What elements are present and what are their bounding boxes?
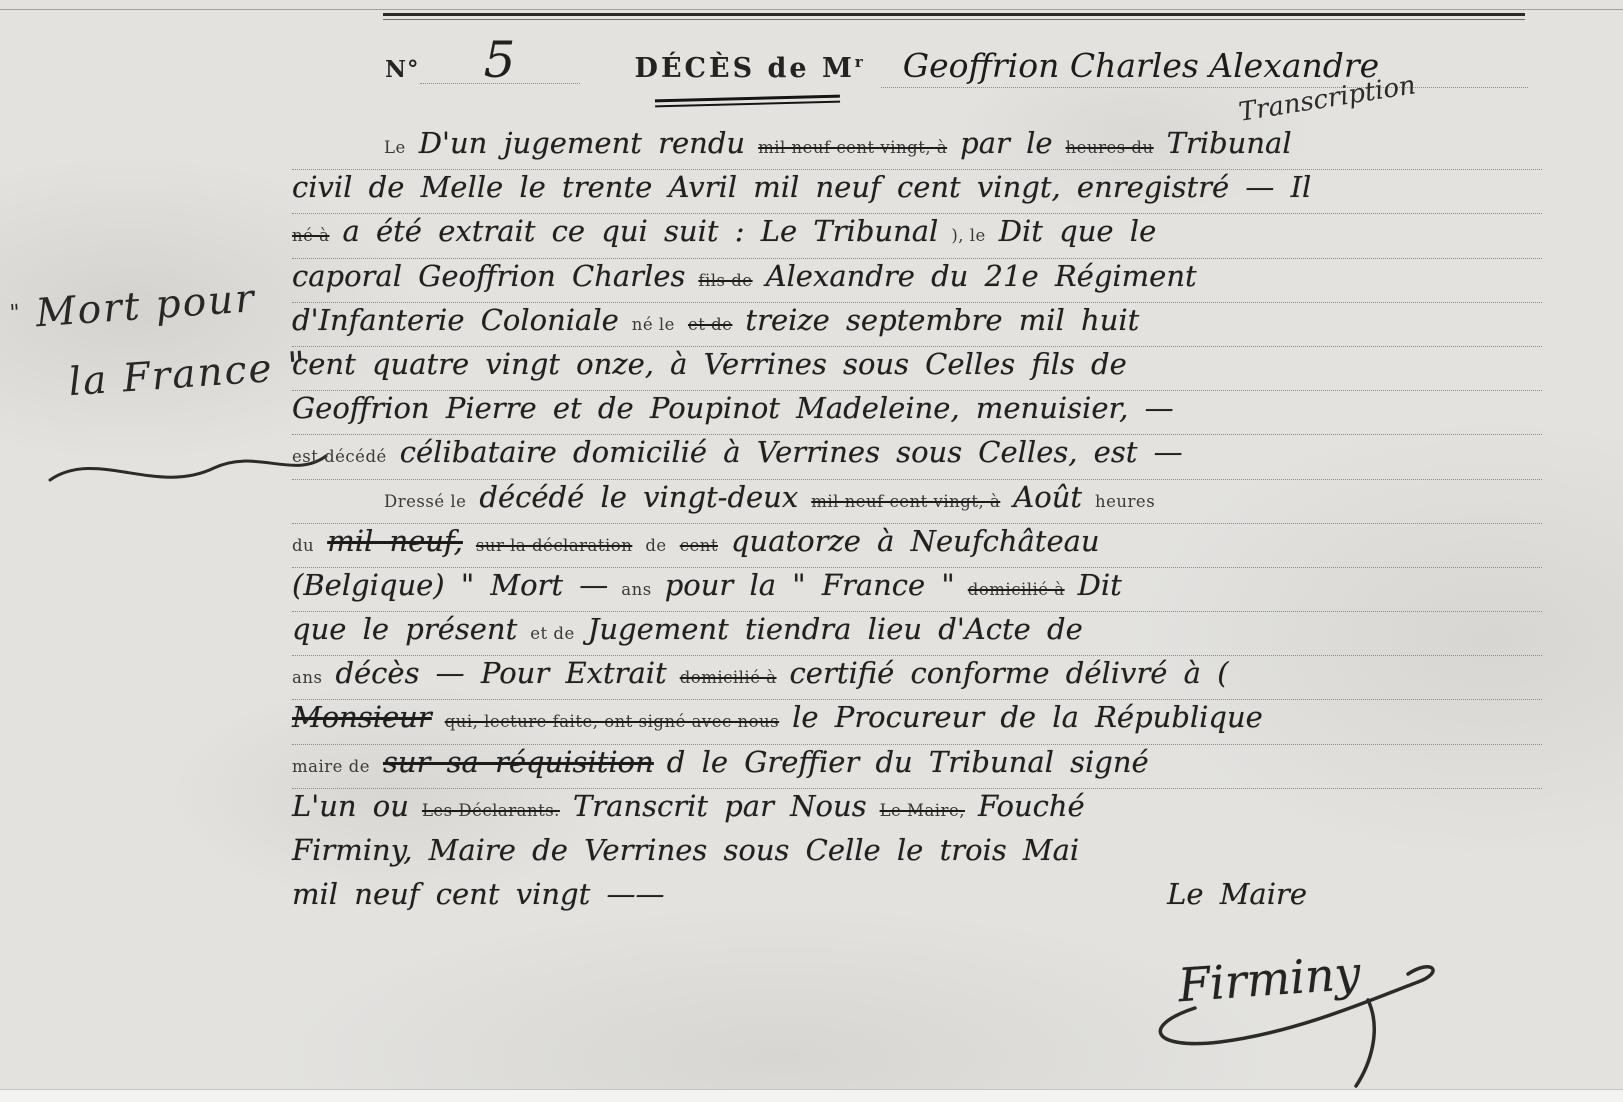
signature-block: Firminy — [1100, 930, 1520, 1090]
top-border-rule-thin — [383, 19, 1525, 20]
handwritten-text: Monsieur — [292, 700, 432, 734]
document-line: né àa été extrait ce qui suit : Le Tribu… — [292, 214, 1542, 258]
document-line: Monsieurqui, lecture faite, ont signé av… — [292, 700, 1542, 744]
handwritten-text: sur sa réquisition — [383, 745, 654, 779]
handwritten-text: (Belgique) " Mort — — [292, 568, 608, 602]
margin-note-line2: la France " — [67, 344, 309, 406]
printed-form-text: ), le — [951, 226, 985, 245]
printed-form-text: Dressé le — [384, 492, 466, 511]
scan-bottom-edge — [0, 1089, 1623, 1102]
handwritten-text: pour la " France " — [665, 568, 955, 602]
document-line: civil de Melle le trente Avril mil neuf … — [292, 170, 1542, 214]
printed-form-text: du — [292, 536, 314, 555]
document-line: mil neuf cent vingt ——Le Maire — [292, 877, 1542, 921]
margin-note: " Mort pour la France " — [34, 273, 309, 407]
printed-form-text: domicilié à — [968, 580, 1065, 599]
handwritten-text: mil neuf cent vingt —— — [292, 877, 664, 911]
handwritten-text: Alexandre du 21e Régiment — [766, 259, 1197, 293]
printed-form-text: mil neuf cent vingt, à — [758, 138, 947, 157]
printed-form-text: de — [645, 536, 666, 555]
document-line: Firminy, Maire de Verrines sous Celle le… — [292, 833, 1542, 877]
handwritten-text: Tribunal — [1167, 126, 1292, 160]
printed-form-text: né le — [632, 315, 675, 334]
printed-form-text: fils de — [698, 271, 752, 290]
handwritten-text: Jugement tiendra lieu d'Acte de — [588, 612, 1083, 646]
handwritten-text: d le Greffier du Tribunal signé — [667, 745, 1149, 779]
printed-form-text: domicilié à — [680, 668, 777, 687]
printed-form-text: heures du — [1066, 138, 1154, 157]
handwritten-text: L'un ou — [292, 789, 409, 823]
handwritten-text: a été extrait ce qui suit : Le Tribunal — [342, 214, 938, 248]
double-strike-mark — [655, 95, 840, 108]
top-border-rule — [383, 13, 1525, 16]
printed-form-text: qui, lecture faite, ont signé avec nous — [445, 712, 779, 731]
handwritten-text: D'un jugement rendu — [419, 126, 745, 160]
handwritten-text: par le — [960, 126, 1052, 160]
margin-note-line1: Mort pour — [34, 273, 304, 337]
document-line: est décédécélibataire domicilié à Verrin… — [292, 435, 1542, 479]
printed-form-text: Les Déclarants. — [422, 801, 560, 820]
printed-form-text: maire de — [292, 757, 370, 776]
handwritten-text: Dit que le — [999, 214, 1156, 248]
document-body: LeD'un jugement rendumil neuf cent vingt… — [292, 126, 1542, 921]
handwritten-text: Dit — [1078, 568, 1122, 602]
printed-form-text: ans — [292, 668, 322, 687]
handwritten-text: treize septembre mil huit — [745, 303, 1139, 337]
handwritten-text: quatorze à Neufchâteau — [731, 524, 1100, 558]
document-line: Geoffrion Pierre et de Poupinot Madelein… — [292, 391, 1542, 435]
printed-form-text: Le Maire, — [880, 801, 965, 820]
record-title: DÉCÈS de Mr — [635, 53, 863, 84]
handwritten-text: Fouché — [978, 789, 1085, 823]
handwritten-text: que le présent — [292, 612, 517, 646]
handwritten-text: Geoffrion Pierre et de Poupinot Madelein… — [292, 391, 1174, 425]
deceased-name: Geoffrion Charles Alexandre — [881, 46, 1528, 88]
handwritten-text: cent quatre vingt onze, à Verrines sous … — [292, 347, 1127, 381]
printed-form-text: cent — [680, 536, 718, 555]
printed-form-text: est décédé — [292, 447, 387, 466]
handwritten-text: Transcrit par Nous — [573, 789, 867, 823]
printed-form-text: et de — [688, 315, 732, 334]
printed-form-text: Le — [384, 138, 406, 157]
margin-note-quote-mark: " — [9, 301, 21, 327]
record-number-value: 5 — [420, 38, 580, 84]
document-line: d'Infanterie Colonialené leet detreize s… — [292, 303, 1542, 347]
top-scan-line — [0, 9, 1623, 10]
document-line: (Belgique) " Mort —anspour la " France "… — [292, 568, 1542, 612]
document-line: Dressé ledécédé le vingt-deuxmil neuf ce… — [292, 480, 1542, 524]
document-line: caporal Geoffrion Charlesfils deAlexandr… — [292, 259, 1542, 303]
handwritten-text: civil de Melle le trente Avril mil neuf … — [292, 170, 1311, 204]
printed-form-text: sur la déclaration — [476, 536, 632, 555]
document-line: maire desur sa réquisitiond le Greffier … — [292, 745, 1542, 789]
handwritten-text: certifié conforme délivré à ( — [790, 656, 1229, 690]
margin-flourish-icon — [44, 442, 334, 502]
document-line: que le présentet deJugement tiendra lieu… — [292, 612, 1542, 656]
document-line: cent quatre vingt onze, à Verrines sous … — [292, 347, 1542, 391]
handwritten-text: décédé le vingt-deux — [479, 480, 798, 514]
document-line: L'un ouLes Déclarants.Transcrit par Nous… — [292, 789, 1542, 833]
handwritten-text: décès — Pour Extrait — [335, 656, 666, 690]
document-line: ansdécès — Pour Extraitdomicilié àcertif… — [292, 656, 1542, 700]
printed-form-text: et de — [530, 624, 574, 643]
handwritten-text: d'Infanterie Coloniale — [292, 303, 619, 337]
handwritten-text: mil neuf, — [327, 524, 463, 558]
document-line: dumil neuf,sur la déclarationdecentquato… — [292, 524, 1542, 568]
handwritten-text: célibataire domicilié à Verrines sous Ce… — [400, 435, 1183, 469]
printed-form-text: ans — [621, 580, 651, 599]
printed-form-text: né à — [292, 226, 329, 245]
handwritten-text: caporal Geoffrion Charles — [292, 259, 685, 293]
record-title-superscript: r — [855, 53, 863, 71]
handwritten-text: Firminy, Maire de Verrines sous Celle le… — [292, 833, 1079, 867]
printed-form-text: heures — [1095, 492, 1155, 511]
document-line: LeD'un jugement rendumil neuf cent vingt… — [292, 126, 1542, 170]
scanned-death-record: N° 5 DÉCÈS de Mr Geoffrion Charles Alexa… — [0, 0, 1623, 1102]
handwritten-text: le Procureur de la République — [792, 700, 1263, 734]
handwritten-text: Août — [1013, 480, 1082, 514]
record-number-label: N° — [385, 56, 420, 83]
printed-form-text: mil neuf cent vingt, à — [811, 492, 1000, 511]
handwritten-text: Le Maire — [1167, 877, 1307, 911]
